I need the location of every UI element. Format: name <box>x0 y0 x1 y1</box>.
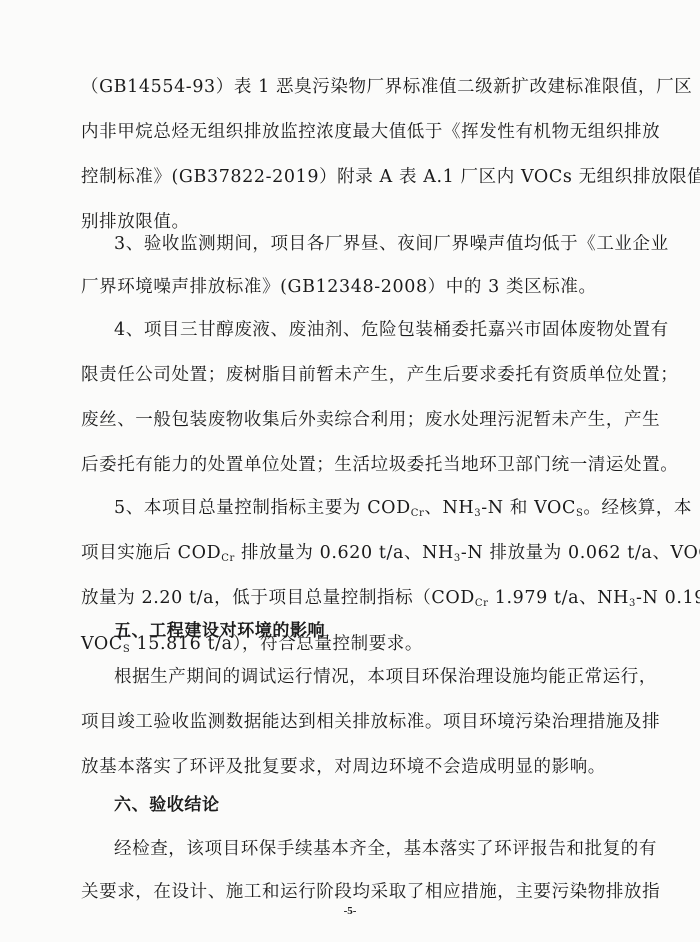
subscript: 3 <box>629 598 636 609</box>
text-run: 5、本项目总量控制指标主要为 COD <box>114 498 411 518</box>
text-line: 3、验收监测期间，项目各厂界昼、夜间厂界噪声值均低于《工业企业 <box>114 232 643 256</box>
text-run: 项目实施后 COD <box>81 543 221 563</box>
text-run: -N 排放量为 0.062 t/a、VOC <box>461 543 700 563</box>
text-line: 经检查，该项目环保手续基本齐全，基本落实了环评报告和批复的有 <box>114 837 643 861</box>
section-heading: 六、验收结论 <box>114 793 643 817</box>
text-line: 项目实施后 CODCr 排放量为 0.620 t/a、NH3-N 排放量为 0.… <box>81 541 643 565</box>
text-line: 根据生产期间的调试运行情况，本项目环保治理设施均能正常运行， <box>114 665 643 689</box>
text-line: 关要求，在设计、施工和运行阶段均采取了相应措施，主要污染物排放指 <box>81 880 643 904</box>
text-run: 放量为 2.20 t/a，低于项目总量控制指标（COD <box>81 588 475 608</box>
text-line: （GB14554-93）表 1 恶臭污染物厂界标准值二级新扩改建标准限值，厂区 <box>81 75 643 99</box>
subscript: Cr <box>411 508 425 519</box>
text-line: 放量为 2.20 t/a，低于项目总量控制指标（CODCr 1.979 t/a、… <box>81 586 643 610</box>
text-line: 内非甲烷总烃无组织排放监控浓度最大值低于《挥发性有机物无组织排放 <box>81 120 643 144</box>
text-run: 1.979 t/a、NH <box>489 588 629 608</box>
subscript: Cr <box>475 598 489 609</box>
text-run: -N 和 VOC <box>481 498 576 518</box>
text-run: 排放量为 0.620 t/a、NH <box>235 543 454 563</box>
text-run: 、NH <box>424 498 474 518</box>
text-line: 别排放限值。 <box>81 210 643 234</box>
subscript: Cr <box>221 553 235 564</box>
page-number: -5- <box>0 905 700 917</box>
section-heading: 五、工程建设对环境的影响 <box>114 619 643 643</box>
text-line: 项目竣工验收监测数据能达到相关排放标准。项目环境污染治理措施及排 <box>81 710 643 734</box>
text-line: 5、本项目总量控制指标主要为 CODCr、NH3-N 和 VOCS。经核算，本 <box>114 496 643 520</box>
text-line: 后委托有能力的处置单位处置；生活垃圾委托当地环卫部门统一清运处置。 <box>81 453 643 477</box>
text-run: -N 0.198 t/a、 <box>636 588 700 608</box>
text-line: 厂界环境噪声排放标准》(GB12348-2008）中的 3 类区标准。 <box>81 275 643 299</box>
text-line: 控制标准》(GB37822-2019）附录 A 表 A.1 厂区内 VOCs 无… <box>81 165 643 189</box>
text-line: 限责任公司处置；废树脂目前暂未产生，产生后要求委托有资质单位处置； <box>81 363 643 387</box>
text-run: 。经核算，本 <box>583 498 692 518</box>
text-line: 放基本落实了环评及批复要求，对周边环境不会造成明显的影响。 <box>81 755 643 779</box>
text-line: 废丝、一般包装废物收集后外卖综合利用；废水处理污泥暂未产生，产生 <box>81 408 643 432</box>
subscript: 3 <box>454 553 461 564</box>
text-line: 4、项目三甘醇废液、废油剂、危险包装桶委托嘉兴市固体废物处置有 <box>114 318 643 342</box>
